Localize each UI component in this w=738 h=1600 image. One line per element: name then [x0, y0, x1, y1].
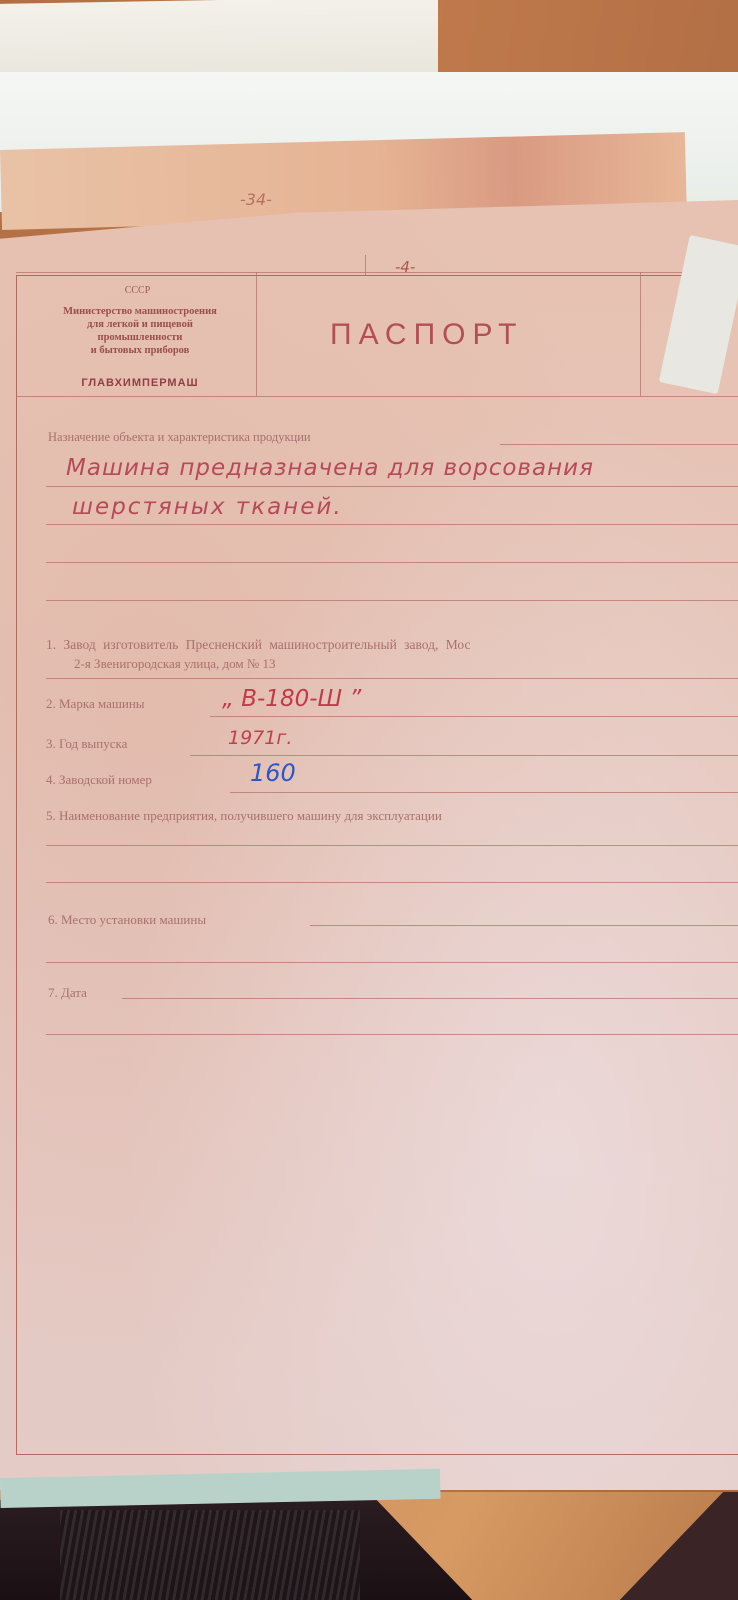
background-white-sheet — [0, 0, 438, 82]
purpose-rule — [46, 600, 738, 601]
purpose-rule — [46, 562, 738, 563]
field-serial-value: 160 — [250, 759, 296, 787]
field-model-value: „ В-180-Ш ” — [222, 686, 361, 712]
field-rule — [230, 792, 738, 793]
header-top-rule — [16, 272, 738, 273]
field-year-value: 1971г. — [228, 727, 292, 749]
purpose-handwritten-line-2: шерстяных тканей. — [72, 494, 343, 520]
page-number: -4- — [395, 258, 415, 276]
field-year-label: 3. Год выпуска — [46, 736, 127, 752]
fabric-texture — [60, 1510, 360, 1600]
field-rule — [310, 925, 738, 926]
country-label: СССР — [20, 285, 255, 296]
header-divider — [640, 272, 641, 396]
field-label-text: Марка машины — [59, 696, 145, 711]
document-frame — [16, 275, 738, 1455]
field-number: 7. — [48, 985, 58, 1000]
field-rule — [190, 755, 738, 756]
field-location-label: 6. Место установки машины — [48, 912, 206, 928]
ministry-line: и бытовых приборов — [24, 344, 256, 357]
field-label-text: Место установки машины — [61, 912, 206, 927]
field-number: 4. — [46, 772, 56, 787]
field-number: 3. — [46, 736, 56, 751]
ministry-line: Министерство машиностроения — [24, 305, 256, 318]
purpose-rule — [500, 444, 738, 445]
field-rule — [46, 882, 738, 883]
ministry-name: Министерство машиностроения для легкой и… — [24, 305, 256, 357]
field-label-text: Год выпуска — [59, 736, 127, 751]
field-label-text: Наименование предприятия, получившего ма… — [59, 808, 442, 823]
field-rule — [46, 845, 738, 846]
field-number: 5. — [46, 808, 56, 823]
field-rule — [122, 998, 738, 999]
field-rule — [46, 1034, 738, 1035]
header-divider — [365, 255, 366, 275]
field-number: 2. — [46, 696, 56, 711]
field-number: 1. — [46, 637, 56, 652]
document-title: ПАСПОРТ — [330, 318, 523, 352]
field-number: 6. — [48, 912, 58, 927]
field-manufacturer-label: 1. Завод изготовитель Пресненский машино… — [46, 637, 471, 653]
header-divider — [256, 272, 257, 396]
field-label-text: Завод изготовитель Пресненский машиностр… — [64, 637, 471, 652]
field-rule — [46, 678, 738, 679]
field-date-label: 7. Дата — [48, 985, 87, 1001]
field-manufacturer-address: 2-я Звенигородская улица, дом № 13 — [74, 656, 276, 672]
header-bottom-rule — [16, 396, 738, 397]
field-label-text: Заводской номер — [59, 772, 152, 787]
purpose-rule — [46, 524, 738, 525]
field-label-text: Дата — [61, 985, 87, 1000]
field-recipient-label: 5. Наименование предприятия, получившего… — [46, 808, 442, 824]
department-name: ГЛАВХИМПЕРМАШ — [24, 377, 256, 389]
purpose-handwritten-line-1: Машина предназначена для ворсования — [66, 455, 594, 481]
field-model-label: 2. Марка машины — [46, 696, 145, 712]
underlay-page-number: -34- — [240, 190, 272, 209]
ministry-line: промышленности — [24, 331, 256, 344]
purpose-rule — [46, 486, 738, 487]
purpose-label: Назначение объекта и характеристика прод… — [48, 430, 311, 445]
field-serial-label: 4. Заводской номер — [46, 772, 152, 788]
ministry-line: для легкой и пищевой — [24, 318, 256, 331]
field-rule — [46, 962, 738, 963]
field-rule — [210, 716, 738, 717]
